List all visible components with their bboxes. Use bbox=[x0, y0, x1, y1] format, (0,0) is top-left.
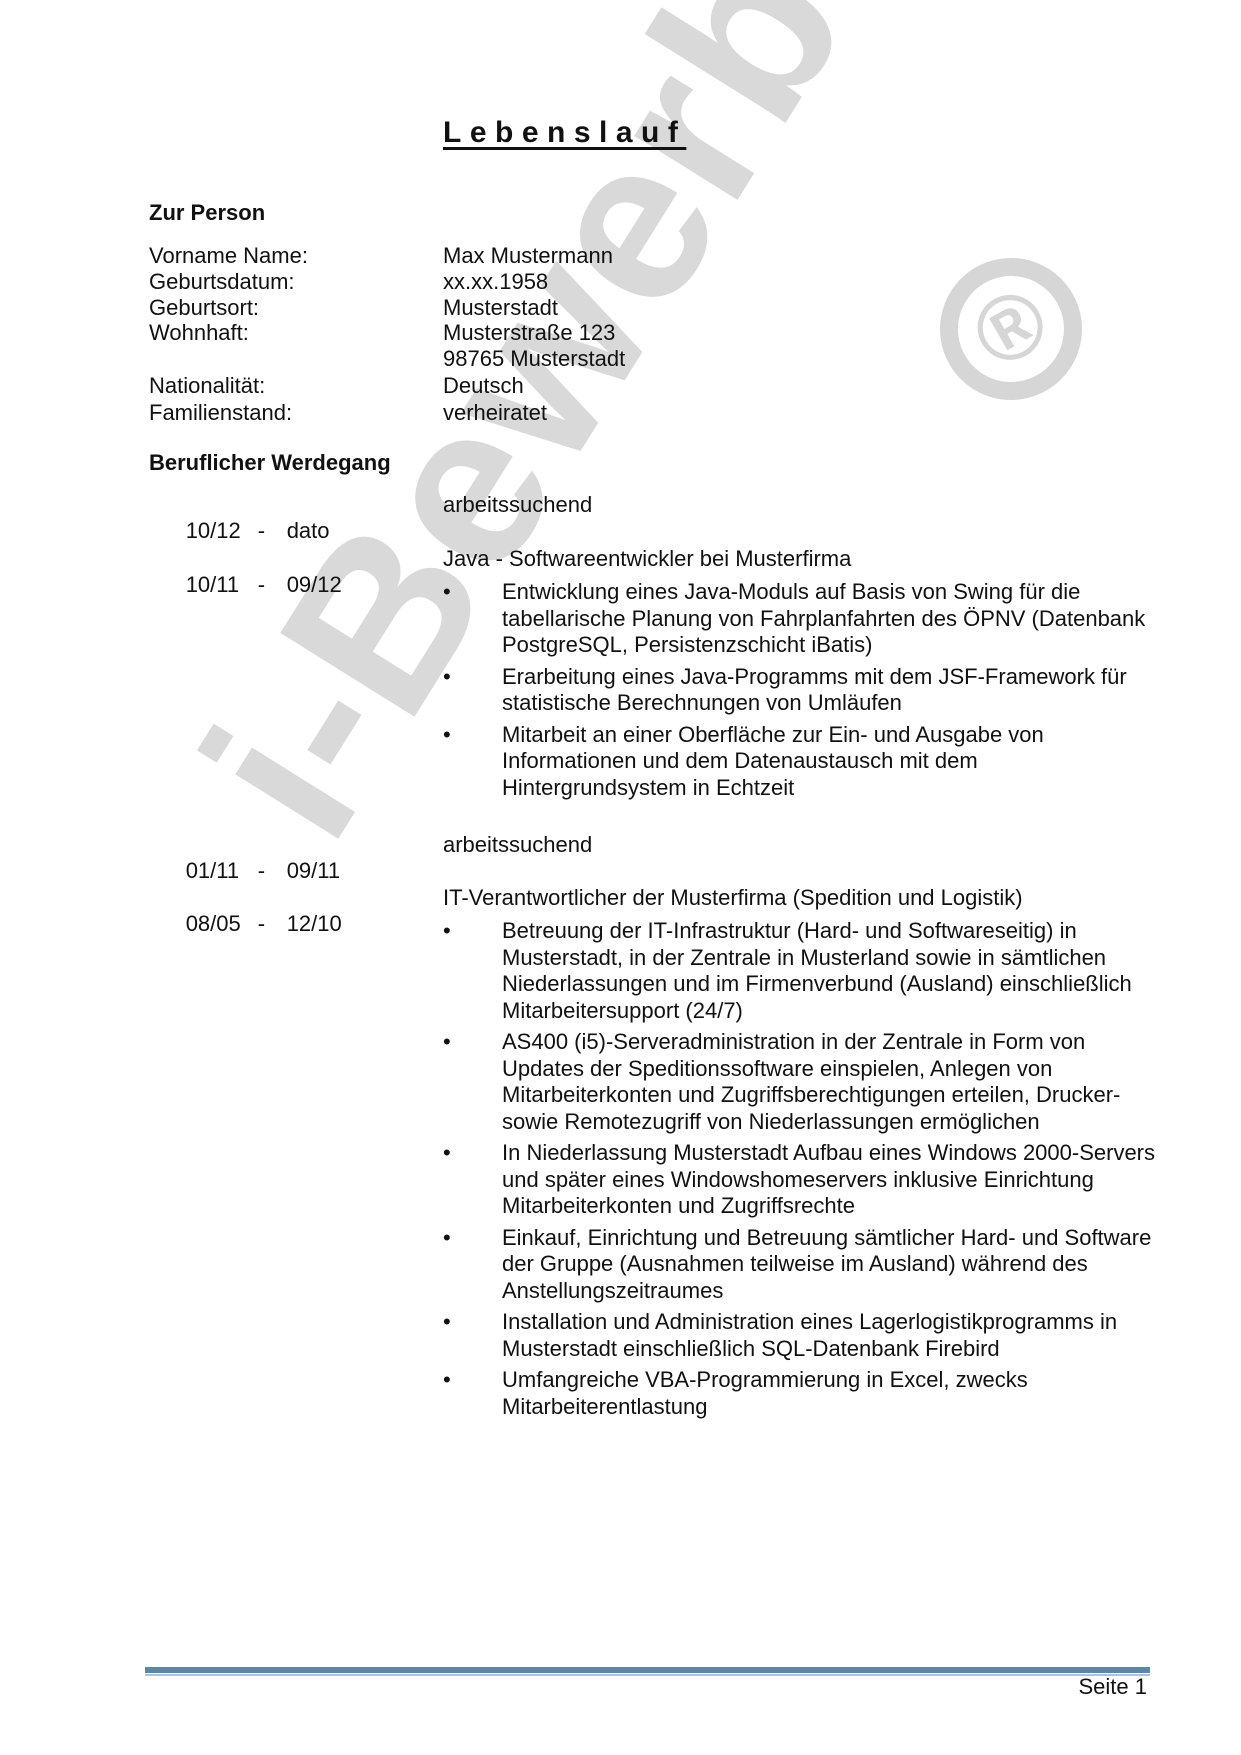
bullet-text: Einkauf, Einrichtung und Betreuung sämtl… bbox=[502, 1225, 1151, 1303]
list-item: •Installation und Administration eines L… bbox=[443, 1309, 1163, 1362]
list-item: •Einkauf, Einrichtung und Betreuung sämt… bbox=[443, 1225, 1163, 1305]
label-birthplace: Geburtsort: bbox=[149, 295, 259, 321]
registered-mark-icon: ® bbox=[914, 232, 1108, 426]
bullet-icon: • bbox=[443, 1309, 451, 1336]
date-from: 10/12 bbox=[186, 518, 258, 544]
list-item: •AS400 (i5)-Serveradministration in der … bbox=[443, 1029, 1163, 1135]
bullet-text: Installation und Administration eines La… bbox=[502, 1309, 1117, 1361]
career-bullet-list: •Betreuung der IT-Infrastruktur (Hard- u… bbox=[443, 918, 1163, 1425]
bullet-text: Umfangreiche VBA-Programmierung in Excel… bbox=[502, 1367, 1028, 1419]
career-bullet-list: •Entwicklung eines Java-Moduls auf Basis… bbox=[443, 579, 1163, 806]
label-nationality: Nationalität: bbox=[149, 373, 265, 399]
date-separator: - bbox=[258, 911, 287, 937]
document-title: Lebenslauf bbox=[443, 116, 686, 150]
bullet-text: Erarbeitung eines Java-Programms mit dem… bbox=[502, 664, 1127, 716]
value-nationality: Deutsch bbox=[443, 373, 524, 399]
bullet-icon: • bbox=[443, 1140, 451, 1167]
cv-page: i-Bewerbung ® Lebenslauf Zur Person Vorn… bbox=[0, 0, 1241, 1755]
label-marital-status: Familienstand: bbox=[149, 400, 292, 426]
date-to: dato bbox=[287, 518, 330, 543]
bullet-icon: • bbox=[443, 1367, 451, 1394]
career-title: IT-Verantwortlicher der Musterfirma (Spe… bbox=[443, 885, 1023, 911]
date-to: 09/11 bbox=[287, 858, 340, 883]
date-separator: - bbox=[258, 572, 287, 598]
list-item: •Umfangreiche VBA-Programmierung in Exce… bbox=[443, 1367, 1163, 1420]
label-name: Vorname Name: bbox=[149, 243, 308, 269]
list-item: •Mitarbeit an einer Oberfläche zur Ein- … bbox=[443, 722, 1163, 802]
list-item: •In Niederlassung Musterstadt Aufbau ein… bbox=[443, 1140, 1163, 1220]
value-birthdate: xx.xx.1958 bbox=[443, 269, 548, 295]
date-from: 10/11 bbox=[186, 572, 258, 598]
bullet-icon: • bbox=[443, 579, 451, 606]
value-marital-status: verheiratet bbox=[443, 400, 547, 426]
section-heading-personal: Zur Person bbox=[149, 200, 265, 226]
value-name: Max Mustermann bbox=[443, 243, 613, 269]
bullet-icon: • bbox=[443, 722, 451, 749]
list-item: •Erarbeitung eines Java-Programms mit de… bbox=[443, 664, 1163, 717]
list-item: •Betreuung der IT-Infrastruktur (Hard- u… bbox=[443, 918, 1163, 1024]
bullet-text: In Niederlassung Musterstadt Aufbau eine… bbox=[502, 1140, 1155, 1218]
value-city: 98765 Musterstadt bbox=[443, 346, 625, 372]
label-birthdate: Geburtsdatum: bbox=[149, 269, 295, 295]
date-to: 09/12 bbox=[287, 572, 342, 597]
date-to: 12/10 bbox=[287, 911, 342, 936]
career-title: arbeitssuchend bbox=[443, 492, 592, 518]
bullet-text: AS400 (i5)-Serveradministration in der Z… bbox=[502, 1029, 1120, 1134]
list-item: •Entwicklung eines Java-Moduls auf Basis… bbox=[443, 579, 1163, 659]
bullet-text: Entwicklung eines Java-Moduls auf Basis … bbox=[502, 579, 1145, 657]
value-birthplace: Musterstadt bbox=[443, 295, 558, 321]
career-title: arbeitssuchend bbox=[443, 832, 592, 858]
bullet-text: Betreuung der IT-Infrastruktur (Hard- un… bbox=[502, 918, 1132, 1023]
footer-divider-accent bbox=[145, 1674, 1150, 1676]
career-date-range: 10/11-09/12 bbox=[149, 546, 342, 624]
bullet-icon: • bbox=[443, 664, 451, 691]
value-street: Musterstraße 123 bbox=[443, 320, 615, 346]
bullet-icon: • bbox=[443, 1225, 451, 1252]
date-separator: - bbox=[258, 518, 287, 544]
section-heading-career: Beruflicher Werdegang bbox=[149, 450, 391, 476]
page-number: Seite 1 bbox=[1079, 1674, 1148, 1700]
career-date-range: 08/05-12/10 bbox=[149, 885, 342, 963]
bullet-icon: • bbox=[443, 918, 451, 945]
date-from: 01/11 bbox=[186, 858, 258, 884]
date-separator: - bbox=[258, 858, 287, 884]
bullet-text: Mitarbeit an einer Oberfläche zur Ein- u… bbox=[502, 722, 1044, 800]
bullet-icon: • bbox=[443, 1029, 451, 1056]
date-from: 08/05 bbox=[186, 911, 258, 937]
label-residence: Wohnhaft: bbox=[149, 320, 249, 346]
career-title: Java - Softwareentwickler bei Musterfirm… bbox=[443, 546, 851, 572]
footer-divider bbox=[145, 1667, 1150, 1673]
